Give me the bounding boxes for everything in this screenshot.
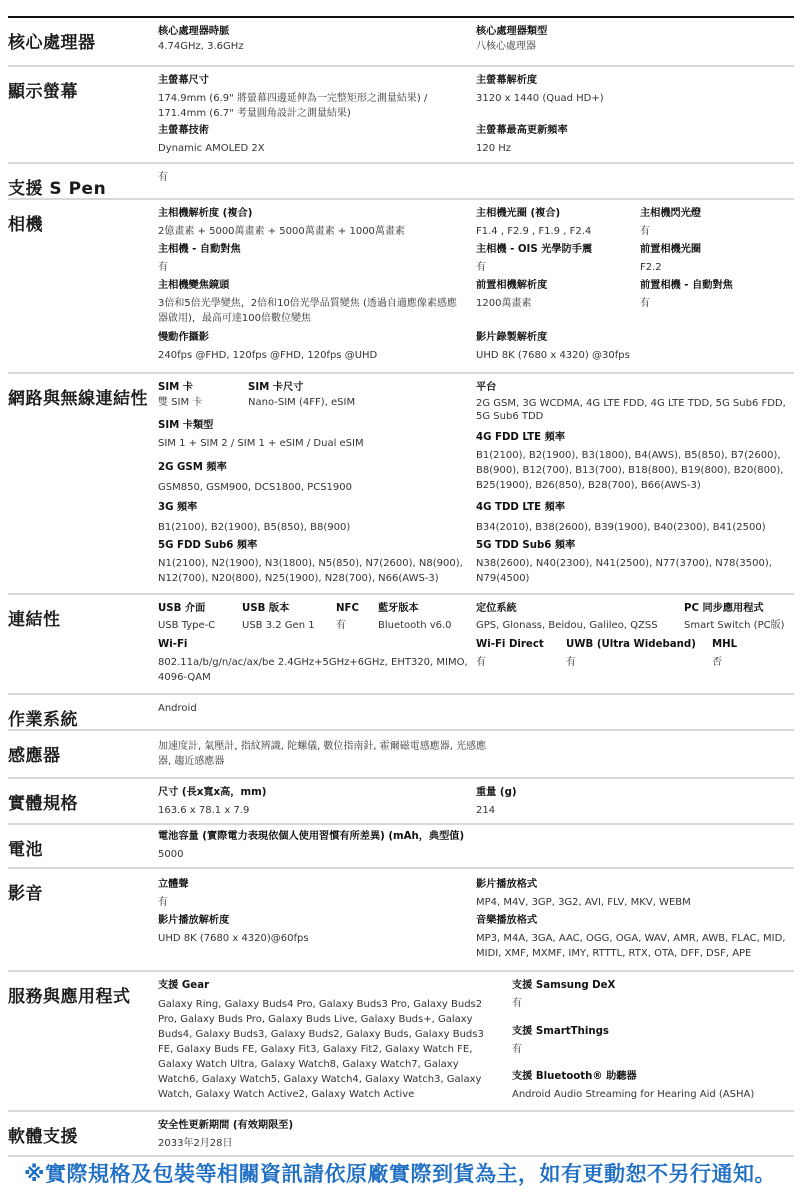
- spec-value: B1(2100), B2(1900), B3(1800), B4(AWS), B…: [476, 448, 786, 493]
- spec-label: 支援 Gear: [158, 978, 498, 993]
- category-label: 影音: [8, 879, 43, 904]
- spec-label: 平台: [476, 380, 786, 395]
- spec-label: 支援 Bluetooth® 助聽器: [512, 1069, 754, 1084]
- spec-value: SIM 1 + SIM 2 / SIM 1 + eSIM / Dual eSIM: [158, 436, 364, 451]
- spec-sheet: 核心處理器 核心處理器時脈 4.74GHz, 3.6GHz 核心處理器類型 八核…: [8, 16, 794, 1157]
- spec-value: B34(2010), B38(2600), B39(1900), B40(230…: [476, 520, 766, 535]
- spec-label: 支援 SmartThings: [512, 1024, 609, 1039]
- spec-label: 主相機變焦鏡頭: [158, 278, 463, 293]
- spec-item: 主相機閃光燈 有: [640, 206, 701, 239]
- spec-row-software-support: 軟體支援 安全性更新期間 (有效期限至) 2033年2月28日: [8, 1112, 794, 1157]
- disclaimer-note: ※實際規格及包裝等相關資訊請依原廠實際到貨為主，如有更動恕不另行通知。: [0, 1158, 800, 1188]
- spec-item: 主相機 - 自動對焦 有: [158, 242, 241, 275]
- spec-item: 主螢幕技術 Dynamic AMOLED 2X: [158, 123, 265, 156]
- spec-value: MP3, M4A, 3GA, AAC, OGG, OGA, WAV, AMR, …: [476, 931, 791, 961]
- spec-value: 174.9mm (6.9" 將螢幕四邊延伸為一完整矩形之測量結果) / 171.…: [158, 91, 468, 121]
- spec-label: 5G FDD Sub6 頻率: [158, 538, 473, 553]
- spec-value: 2億畫素 + 5000萬畫素 + 5000萬畫素 + 1000萬畫素: [158, 224, 405, 239]
- spec-row-os: 作業系統 Android: [8, 695, 794, 731]
- spec-label: SIM 卡類型: [158, 418, 364, 433]
- spec-label: NFC: [336, 601, 359, 616]
- spec-value: Android Audio Streaming for Hearing Aid …: [512, 1087, 754, 1102]
- spec-value: 有: [158, 170, 168, 185]
- spec-item: 前置相機 - 自動對焦 有: [640, 278, 733, 311]
- spec-item: 主相機解析度 (複合) 2億畫素 + 5000萬畫素 + 5000萬畫素 + 1…: [158, 206, 405, 239]
- spec-value: 3倍和5倍光學變焦，2倍和10倍光學品質變焦 (透過自適應像素感應器啟用)，最高…: [158, 296, 463, 326]
- spec-item: 安全性更新期間 (有效期限至) 2033年2月28日: [158, 1118, 293, 1151]
- category-label: 連結性: [8, 605, 61, 630]
- spec-item: 支援 Samsung DeX 有: [512, 978, 615, 1011]
- spec-label: Wi-Fi: [158, 637, 478, 652]
- spec-value: USB 3.2 Gen 1: [242, 618, 315, 633]
- spec-label: 影片播放格式: [476, 877, 691, 892]
- spec-label: USB 版本: [242, 601, 315, 616]
- spec-label: 主螢幕最高更新頻率: [476, 123, 568, 138]
- spec-value: 214: [476, 803, 517, 818]
- spec-value: 5000: [158, 847, 464, 862]
- spec-label: 主相機閃光燈: [640, 206, 701, 221]
- spec-value: F2.2: [640, 260, 701, 275]
- spec-value: 2G GSM, 3G WCDMA, 4G LTE FDD, 4G LTE TDD…: [476, 397, 786, 423]
- spec-label: 主螢幕尺寸: [158, 73, 468, 88]
- spec-item: UWB (Ultra Wideband) 有: [566, 637, 696, 670]
- spec-value: Galaxy Ring, Galaxy Buds4 Pro, Galaxy Bu…: [158, 997, 498, 1102]
- spec-item: 平台 2G GSM, 3G WCDMA, 4G LTE FDD, 4G LTE …: [476, 380, 786, 423]
- spec-item: 2G GSM 頻率 GSM850, GSM900, DCS1800, PCS19…: [158, 460, 352, 495]
- spec-item: 藍牙版本 Bluetooth v6.0: [378, 601, 452, 633]
- spec-item: SIM 卡類型 SIM 1 + SIM 2 / SIM 1 + eSIM / D…: [158, 418, 364, 451]
- spec-value: F1.4 , F2.9 , F1.9 , F2.4: [476, 224, 591, 239]
- spec-label: 尺寸 (長x寬x高，mm): [158, 785, 266, 800]
- spec-value: 有: [476, 260, 592, 275]
- spec-item: 尺寸 (長x寬x高，mm) 163.6 x 78.1 x 7.9: [158, 785, 266, 818]
- category-label: 作業系統: [8, 705, 78, 730]
- spec-value: UHD 8K (7680 x 4320)@60fps: [158, 931, 309, 946]
- spec-value: 有: [336, 618, 359, 633]
- spec-value: 有: [158, 895, 189, 910]
- spec-label: PC 同步應用程式: [684, 601, 784, 616]
- category-label: 核心處理器: [8, 28, 96, 53]
- spec-item: 音樂播放格式 MP3, M4A, 3GA, AAC, OGG, OGA, WAV…: [476, 913, 791, 961]
- spec-row-connectivity: 連結性 USB 介面 USB Type-C USB 版本 USB 3.2 Gen…: [8, 595, 794, 695]
- spec-label: 影片播放解析度: [158, 913, 309, 928]
- spec-label: UWB (Ultra Wideband): [566, 637, 696, 652]
- spec-value: Bluetooth v6.0: [378, 618, 452, 633]
- spec-label: 核心處理器時脈: [158, 24, 244, 39]
- spec-item: 前置相機解析度 1200萬畫素: [476, 278, 547, 311]
- spec-item: 支援 SmartThings 有: [512, 1024, 609, 1057]
- category-label: 相機: [8, 210, 43, 235]
- spec-label: 2G GSM 頻率: [158, 460, 352, 475]
- spec-label: 4G TDD LTE 頻率: [476, 500, 766, 515]
- spec-item: PC 同步應用程式 Smart Switch (PC版): [684, 601, 784, 633]
- spec-value: Smart Switch (PC版): [684, 618, 784, 633]
- spec-value: 4.74GHz, 3.6GHz: [158, 39, 244, 54]
- spec-label: 核心處理器類型: [476, 24, 547, 39]
- spec-label: 5G TDD Sub6 頻率: [476, 538, 786, 553]
- spec-label: 安全性更新期間 (有效期限至): [158, 1118, 293, 1133]
- spec-value: 有: [476, 655, 544, 670]
- spec-row-multimedia: 影音 立體聲 有 影片播放格式 MP4, M4V, 3GP, 3G2, AVI,…: [8, 869, 794, 972]
- spec-value: Android: [158, 701, 197, 716]
- spec-item: MHL 否: [712, 637, 737, 670]
- category-label: 網路與無線連結性: [8, 384, 148, 409]
- spec-item: 主螢幕尺寸 174.9mm (6.9" 將螢幕四邊延伸為一完整矩形之測量結果) …: [158, 73, 468, 121]
- spec-label: 電池容量 (實際電力表現依個人使用習慣有所差異) (mAh，典型值): [158, 829, 464, 844]
- spec-label: 主相機 - OIS 光學防手震: [476, 242, 592, 257]
- spec-label: 支援 Samsung DeX: [512, 978, 615, 993]
- spec-item: 慢動作攝影 240fps @FHD, 120fps @FHD, 120fps @…: [158, 330, 377, 363]
- spec-item: 立體聲 有: [158, 877, 189, 910]
- spec-value: 加速度計, 氣壓計, 指紋辨識, 陀螺儀, 數位指南針, 霍爾磁電感應器, 光感…: [158, 739, 498, 769]
- category-label: 電池: [8, 835, 43, 860]
- spec-item: 5G FDD Sub6 頻率 N1(2100), N2(1900), N3(18…: [158, 538, 473, 586]
- spec-item: 重量 (g) 214: [476, 785, 517, 818]
- spec-row-display: 顯示螢幕 主螢幕尺寸 174.9mm (6.9" 將螢幕四邊延伸為一完整矩形之測…: [8, 67, 794, 164]
- category-label: 顯示螢幕: [8, 77, 78, 102]
- spec-value: N38(2600), N40(2300), N41(2500), N77(370…: [476, 556, 786, 586]
- spec-item: 主相機光圈 (複合) F1.4 , F2.9 , F1.9 , F2.4: [476, 206, 591, 239]
- spec-item: Android: [158, 701, 197, 716]
- spec-value: 1200萬畫素: [476, 296, 547, 311]
- spec-value: 八核心處理器: [476, 39, 547, 54]
- spec-item: Wi-Fi Direct 有: [476, 637, 544, 670]
- spec-item: SIM 卡 雙 SIM 卡: [158, 380, 202, 410]
- spec-row-network: 網路與無線連結性 SIM 卡 雙 SIM 卡 SIM 卡尺寸 Nano-SIM …: [8, 374, 794, 595]
- spec-value: 雙 SIM 卡: [158, 395, 202, 410]
- spec-item: 支援 Bluetooth® 助聽器 Android Audio Streamin…: [512, 1069, 754, 1102]
- spec-item: 主相機變焦鏡頭 3倍和5倍光學變焦，2倍和10倍光學品質變焦 (透過自適應像素感…: [158, 278, 463, 326]
- spec-value: MP4, M4V, 3GP, 3G2, AVI, FLV, MKV, WEBM: [476, 895, 691, 910]
- spec-item: 電池容量 (實際電力表現依個人使用習慣有所差異) (mAh，典型值) 5000: [158, 829, 464, 862]
- spec-label: 定位系統: [476, 601, 658, 616]
- spec-value: 3120 x 1440 (Quad HD+): [476, 91, 604, 106]
- spec-value: GPS, Glonass, Beidou, Galileo, QZSS: [476, 618, 658, 633]
- spec-value: Nano-SIM (4FF), eSIM: [248, 395, 355, 410]
- spec-item: 核心處理器時脈 4.74GHz, 3.6GHz: [158, 24, 244, 54]
- spec-value: 802.11a/b/g/n/ac/ax/be 2.4GHz+5GHz+6GHz,…: [158, 655, 478, 685]
- spec-label: 前置相機 - 自動對焦: [640, 278, 733, 293]
- spec-row-battery: 電池 電池容量 (實際電力表現依個人使用習慣有所差異) (mAh，典型值) 50…: [8, 825, 794, 869]
- spec-item: 主螢幕最高更新頻率 120 Hz: [476, 123, 568, 156]
- spec-row-processor: 核心處理器 核心處理器時脈 4.74GHz, 3.6GHz 核心處理器類型 八核…: [8, 18, 794, 67]
- spec-value: 163.6 x 78.1 x 7.9: [158, 803, 266, 818]
- spec-value: 120 Hz: [476, 141, 568, 156]
- spec-label: 前置相機解析度: [476, 278, 547, 293]
- spec-label: 音樂播放格式: [476, 913, 791, 928]
- spec-item: 核心處理器類型 八核心處理器: [476, 24, 547, 54]
- spec-item: 主螢幕解析度 3120 x 1440 (Quad HD+): [476, 73, 604, 106]
- spec-value: 有: [512, 1042, 609, 1057]
- spec-item: 有: [158, 170, 168, 185]
- spec-label: 影片錄製解析度: [476, 330, 630, 345]
- spec-item: 影片播放格式 MP4, M4V, 3GP, 3G2, AVI, FLV, MKV…: [476, 877, 691, 910]
- spec-label: 主相機 - 自動對焦: [158, 242, 241, 257]
- spec-item: 影片播放解析度 UHD 8K (7680 x 4320)@60fps: [158, 913, 309, 946]
- spec-label: 3G 頻率: [158, 500, 350, 515]
- spec-label: 立體聲: [158, 877, 189, 892]
- spec-value: N1(2100), N2(1900), N3(1800), N5(850), N…: [158, 556, 473, 586]
- spec-item: 4G TDD LTE 頻率 B34(2010), B38(2600), B39(…: [476, 500, 766, 535]
- category-label: 感應器: [8, 741, 61, 766]
- spec-label: 主相機解析度 (複合): [158, 206, 405, 221]
- spec-value: GSM850, GSM900, DCS1800, PCS1900: [158, 480, 352, 495]
- spec-item: NFC 有: [336, 601, 359, 633]
- spec-value: 有: [640, 296, 733, 311]
- spec-label: 前置相機光圈: [640, 242, 701, 257]
- spec-row-services: 服務與應用程式 支援 Gear Galaxy Ring, Galaxy Buds…: [8, 972, 794, 1112]
- category-label: 軟體支援: [8, 1122, 78, 1147]
- category-label: 實體規格: [8, 789, 78, 814]
- category-label: 服務與應用程式: [8, 982, 131, 1007]
- spec-item: 5G TDD Sub6 頻率 N38(2600), N40(2300), N41…: [476, 538, 786, 586]
- spec-label: 重量 (g): [476, 785, 517, 800]
- spec-item: 3G 頻率 B1(2100), B2(1900), B5(850), B8(90…: [158, 500, 350, 535]
- spec-value: B1(2100), B2(1900), B5(850), B8(900): [158, 520, 350, 535]
- spec-item: 4G FDD LTE 頻率 B1(2100), B2(1900), B3(180…: [476, 430, 786, 493]
- spec-label: SIM 卡尺寸: [248, 380, 355, 395]
- spec-label: USB 介面: [158, 601, 215, 616]
- spec-label: SIM 卡: [158, 380, 202, 395]
- spec-value: 2033年2月28日: [158, 1136, 293, 1151]
- spec-value: USB Type-C: [158, 618, 215, 633]
- spec-row-physical: 實體規格 尺寸 (長x寬x高，mm) 163.6 x 78.1 x 7.9 重量…: [8, 779, 794, 825]
- spec-row-camera: 相機 主相機解析度 (複合) 2億畫素 + 5000萬畫素 + 5000萬畫素 …: [8, 200, 794, 374]
- spec-item: 支援 Gear Galaxy Ring, Galaxy Buds4 Pro, G…: [158, 978, 498, 1102]
- category-label: 支援 S Pen: [8, 174, 106, 199]
- spec-label: 主螢幕技術: [158, 123, 265, 138]
- spec-item: 加速度計, 氣壓計, 指紋辨識, 陀螺儀, 數位指南針, 霍爾磁電感應器, 光感…: [158, 739, 498, 769]
- spec-label: 慢動作攝影: [158, 330, 377, 345]
- spec-label: MHL: [712, 637, 737, 652]
- spec-value: UHD 8K (7680 x 4320) @30fps: [476, 348, 630, 363]
- spec-value: 有: [640, 224, 701, 239]
- spec-row-sensors: 感應器 加速度計, 氣壓計, 指紋辨識, 陀螺儀, 數位指南針, 霍爾磁電感應器…: [8, 731, 794, 779]
- spec-item: 定位系統 GPS, Glonass, Beidou, Galileo, QZSS: [476, 601, 658, 633]
- spec-item: 影片錄製解析度 UHD 8K (7680 x 4320) @30fps: [476, 330, 630, 363]
- spec-label: Wi-Fi Direct: [476, 637, 544, 652]
- spec-item: Wi-Fi 802.11a/b/g/n/ac/ax/be 2.4GHz+5GHz…: [158, 637, 478, 685]
- spec-label: 4G FDD LTE 頻率: [476, 430, 786, 445]
- spec-item: USB 版本 USB 3.2 Gen 1: [242, 601, 315, 633]
- spec-label: 主相機光圈 (複合): [476, 206, 591, 221]
- spec-value: 有: [158, 260, 241, 275]
- spec-value: 有: [566, 655, 696, 670]
- spec-label: 主螢幕解析度: [476, 73, 604, 88]
- spec-item: 主相機 - OIS 光學防手震 有: [476, 242, 592, 275]
- spec-value: Dynamic AMOLED 2X: [158, 141, 265, 156]
- spec-value: 否: [712, 655, 737, 670]
- spec-value: 240fps @FHD, 120fps @FHD, 120fps @UHD: [158, 348, 377, 363]
- spec-item: USB 介面 USB Type-C: [158, 601, 215, 633]
- spec-label: 藍牙版本: [378, 601, 452, 616]
- spec-value: 有: [512, 996, 615, 1011]
- spec-row-s-pen: 支援 S Pen 有: [8, 164, 794, 200]
- spec-item: 前置相機光圈 F2.2: [640, 242, 701, 275]
- spec-item: SIM 卡尺寸 Nano-SIM (4FF), eSIM: [248, 380, 355, 410]
